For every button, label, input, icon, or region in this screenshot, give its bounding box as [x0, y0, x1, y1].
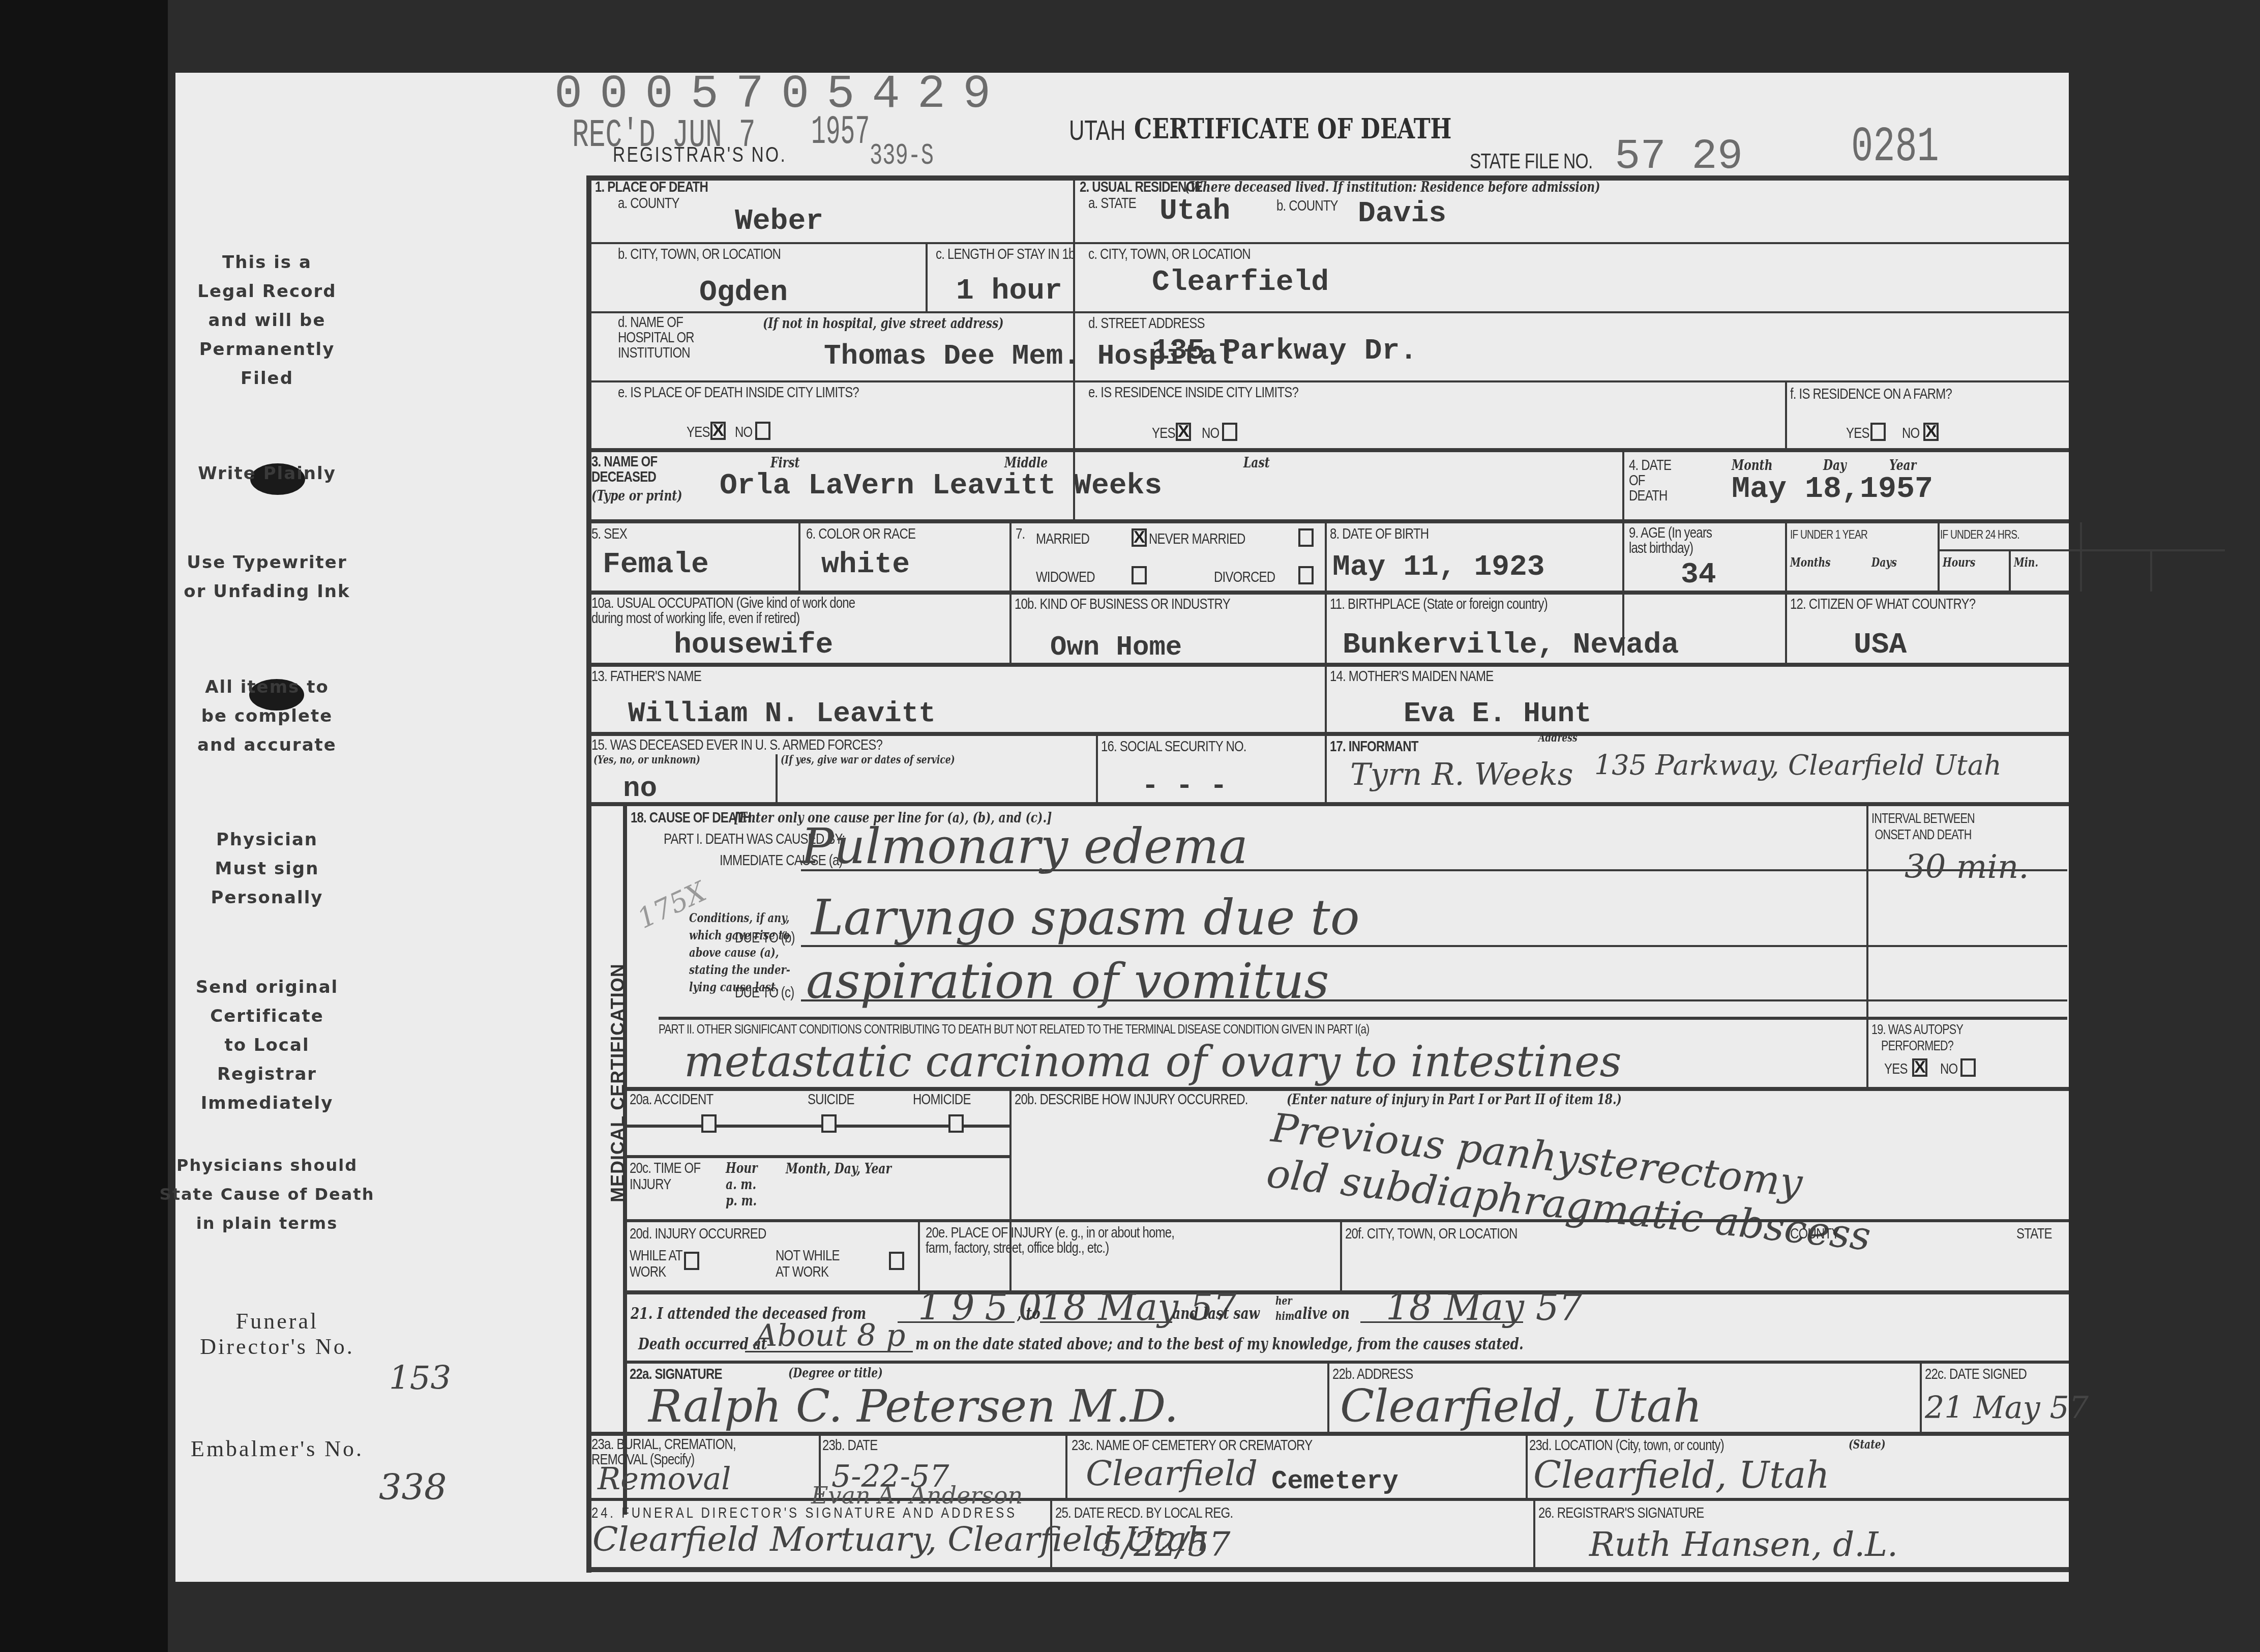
sex-value: Female — [603, 548, 709, 581]
row-line — [659, 1017, 2067, 1020]
never-married-checkbox[interactable] — [1298, 528, 1314, 547]
residence-section-label: 2. USUAL RESIDENCE — [1080, 179, 1202, 196]
divider — [1009, 1090, 1012, 1293]
cemetery-label: 23c. NAME OF CEMETERY OR CREMATORY — [1072, 1437, 1312, 1454]
divider — [1096, 735, 1098, 803]
armed-forces-label: 15. WAS DECEASED EVER IN U. S. ARMED FOR… — [591, 736, 882, 754]
row-line-thick — [591, 663, 2069, 667]
injury-city-label: 20f. CITY, TOWN, OR LOCATION — [1345, 1225, 1518, 1243]
name-hint: (Type or print) — [591, 487, 682, 504]
certificate-title: CERTIFICATE OF DEATH — [1134, 112, 1451, 145]
inside-limits-label: e. IS PLACE OF DEATH INSIDE CITY LIMITS? — [618, 384, 859, 401]
last-label: Last — [1243, 454, 1270, 471]
accident-checkbox[interactable] — [701, 1114, 717, 1133]
informant-address-value: 135 Parkway, Clearfield Utah — [1594, 749, 2002, 781]
state-file-value-a: 57 29 — [1615, 133, 1743, 181]
stay-value: 1 hour — [956, 275, 1062, 308]
month-label: Month — [1732, 457, 1773, 474]
yes-label: YES — [1846, 425, 1869, 442]
row-line-thick — [591, 802, 2069, 806]
funeral-directors-no-label: Funeral Director's No. — [193, 1309, 361, 1360]
birthplace-value: Bunkerville, Nevada — [1343, 629, 1679, 662]
certificate-page: 0005705429 REC'D JUN 7 1957 REGISTRAR'S … — [175, 73, 2069, 1582]
row-line — [627, 1219, 2069, 1222]
divider — [2080, 522, 2082, 592]
sidebar-note-legal: This is a Legal Record and will be Perma… — [160, 248, 374, 393]
divider-autopsy — [1866, 1019, 1868, 1089]
widowed-label: WIDOWED — [1036, 569, 1095, 586]
scan-background-left — [0, 0, 168, 1652]
row-line — [627, 1155, 1011, 1158]
autopsy-no-checkbox[interactable] — [1960, 1058, 1976, 1077]
describe-injury-label: 20b. DESCRIBE HOW INJURY OCCURRED. — [1015, 1091, 1248, 1108]
injury-state-label: STATE — [2016, 1225, 2052, 1243]
registrar-signature-label: 26. REGISTRAR'S SIGNATURE — [1538, 1504, 1704, 1522]
farm-yes-checkbox[interactable] — [1870, 423, 1886, 441]
yes-label: YES — [1152, 425, 1175, 442]
death-inside-limits-no-checkbox[interactable] — [755, 422, 770, 440]
occupation-label: 10a. USUAL OCCUPATION (Give kind of work… — [591, 596, 855, 626]
citizen-label: 12. CITIZEN OF WHAT COUNTRY? — [1790, 596, 1975, 613]
row-line-thick — [627, 1087, 2069, 1091]
conditions-hint: Conditions, if any, which gave rise to a… — [689, 909, 790, 996]
divider-1b-1c — [926, 242, 928, 311]
death-county-value: Weber — [735, 205, 823, 238]
death-inside-limits-yes-checkbox[interactable] — [710, 422, 726, 440]
funeral-director-signature: Evan A. Anderson — [811, 1482, 1023, 1509]
hospital-label: d. NAME OF HOSPITAL OR INSTITUTION — [618, 315, 694, 361]
residence-inside-limits-yes-checkbox[interactable] — [1176, 423, 1191, 441]
min-label: Min. — [2014, 555, 2038, 570]
race-label: 6. COLOR OR RACE — [806, 525, 915, 543]
her-him-label: her him — [1275, 1293, 1294, 1324]
marital-label: 7. — [1016, 525, 1025, 543]
year-label: Year — [1889, 457, 1916, 474]
yes-label: YES — [687, 424, 710, 441]
cemetery-typed-value: Cemetery — [1271, 1466, 1399, 1496]
armed-forces-value: no — [623, 772, 657, 805]
residence-inside-limits-label: e. IS RESIDENCE INSIDE CITY LIMITS? — [1088, 384, 1298, 401]
medical-certification-label: MEDICAL CERTIFICATION — [607, 1050, 629, 1202]
burial-location-value: Clearfield, Utah — [1533, 1454, 1830, 1496]
divider — [1065, 1435, 1067, 1501]
divider — [1009, 594, 1012, 665]
divider — [776, 754, 778, 803]
while-at-work-label: WHILE AT WORK — [630, 1248, 682, 1280]
alive-on-label: alive on — [1294, 1304, 1350, 1323]
to-label: , to — [1017, 1304, 1040, 1323]
informant-signature: Tyrn R. Weeks — [1350, 757, 1573, 792]
sidebar-note-plain-terms: Physicians should State Cause of Death i… — [153, 1151, 381, 1238]
state-file-label: STATE FILE NO. — [1470, 149, 1592, 173]
no-label: NO — [1902, 425, 1919, 442]
age-label: 9. AGE (In years last birthday) — [1629, 525, 1712, 556]
burial-state-label: (State) — [1849, 1437, 1886, 1452]
divider — [1526, 1435, 1528, 1501]
burial-location-label: 23d. LOCATION (City, town, or county) — [1529, 1437, 1724, 1454]
day-label: Day — [1823, 457, 1847, 474]
physician-signature: Ralph C. Petersen M.D. — [648, 1380, 1178, 1432]
residence-city-value: Clearfield — [1152, 266, 1329, 299]
mdy-label: Month, Day, Year — [786, 1160, 891, 1177]
hospital-hint: (If not in hospital, give street address… — [763, 315, 1004, 332]
mother-value: Eva E. Hunt — [1404, 697, 1592, 730]
date-of-death-label: 4. DATE OF DEATH — [1629, 458, 1671, 504]
sidebar-note-physician-sign: Physician Must sign Personally — [160, 825, 374, 912]
first-label: First — [770, 454, 800, 471]
divider-interval — [1866, 805, 1868, 1019]
received-year: 1957 — [811, 109, 870, 156]
injury-occurred-label: 20d. INJURY OCCURRED — [630, 1225, 766, 1243]
no-label: NO — [1202, 425, 1219, 442]
divider — [1325, 522, 1327, 665]
divider — [1325, 666, 1327, 802]
degree-label: (Degree or title) — [788, 1366, 883, 1381]
death-at-suffix: m on the date stated above; and to the b… — [915, 1334, 1524, 1353]
industry-label: 10b. KIND OF BUSINESS OR INDUSTRY — [1015, 596, 1230, 613]
father-value: William N. Leavitt — [628, 697, 936, 730]
divider — [1533, 1500, 1535, 1568]
occupation-value: housewife — [674, 629, 833, 662]
death-occurred-at-value: About 8 p — [755, 1318, 905, 1353]
time-of-injury-label: 20c. TIME OF INJURY — [630, 1160, 700, 1193]
due-b-value: Laryngo spasm due to — [811, 889, 1359, 946]
divorced-label: DIVORCED — [1214, 569, 1275, 586]
no-label: NO — [735, 424, 752, 441]
stay-label: c. LENGTH OF STAY IN 1b — [936, 246, 1075, 263]
registrars-no-value: 339-S — [870, 139, 934, 173]
divider — [1785, 522, 1787, 665]
street-label: d. STREET ADDRESS — [1088, 315, 1205, 332]
age-value: 34 — [1681, 558, 1716, 592]
due-c-label: DUE TO (c) — [735, 984, 794, 1001]
row-line-thick — [591, 448, 2069, 452]
divider-2e-2f — [1785, 380, 1787, 450]
immediate-cause-value: Pulmonary edema — [801, 818, 1248, 875]
date-received-label: 25. DATE RECD. BY LOCAL REG. — [1055, 1504, 1233, 1522]
divider — [918, 1221, 920, 1292]
armed-forces-hint-b: (If yes, give war or dates of service) — [781, 753, 955, 766]
middle-label: Middle — [1004, 454, 1048, 471]
part2-value: metastatic carcinoma of ovary to intesti… — [684, 1037, 1622, 1086]
not-while-at-work-label: NOT WHILE AT WORK — [776, 1248, 840, 1280]
industry-value: Own Home — [1050, 632, 1182, 663]
divider — [1009, 522, 1012, 592]
residence-county-label: b. COUNTY — [1276, 197, 1338, 215]
sidebar-note-typewriter: Use Typewriter or Unfading Ink — [160, 548, 374, 606]
suicide-label: SUICIDE — [808, 1091, 854, 1108]
divider — [2009, 551, 2011, 592]
suicide-checkbox[interactable] — [821, 1114, 837, 1133]
injury-county-label: COUNTY — [1790, 1225, 1839, 1243]
citizen-value: USA — [1854, 629, 1907, 662]
divider — [798, 522, 800, 592]
informant-label: 17. INFORMANT — [1330, 738, 1418, 755]
accident-label: 20a. ACCIDENT — [630, 1091, 713, 1108]
no-label: NO — [1940, 1060, 1957, 1078]
race-value: white — [821, 548, 910, 581]
residence-state-label: a. STATE — [1088, 195, 1136, 212]
deceased-name-value: Orla LaVern Leavitt Weeks — [720, 469, 1162, 503]
farm-no-checkbox[interactable] — [1923, 423, 1939, 441]
armed-forces-hint-a: (Yes, no, or unknown) — [593, 753, 700, 766]
months-label: Months — [1790, 555, 1831, 570]
row-line — [591, 380, 2069, 382]
divider — [1920, 1363, 1922, 1434]
county-label: a. COUNTY — [618, 195, 679, 212]
ssn-label: 16. SOCIAL SECURITY NO. — [1101, 738, 1246, 755]
sidebar-note-complete: All items to be complete and accurate — [160, 673, 374, 760]
homicide-label: HOMICIDE — [913, 1091, 971, 1108]
form-bottom-border — [586, 1567, 2069, 1572]
name-label: 3. NAME OF DECEASED — [591, 454, 657, 485]
yes-label: YES — [1884, 1060, 1908, 1078]
residence-city-label: c. CITY, TOWN, OR LOCATION — [1088, 246, 1251, 263]
row-line-thick — [591, 591, 2069, 595]
place-of-death-section-label: 1. PLACE OF DEATH — [595, 179, 708, 196]
embalmers-no-value: 338 — [379, 1466, 447, 1508]
mother-label: 14. MOTHER'S MAIDEN NAME — [1330, 668, 1493, 685]
cause-section-label: 18. CAUSE OF DEATH — [631, 809, 751, 827]
row-line-thick — [591, 732, 2069, 736]
place-of-injury-label: 20e. PLACE OF INJURY (e. g., in or about… — [926, 1225, 1174, 1256]
state-file-value-b: 0281 — [1851, 120, 1939, 175]
residence-inside-limits-no-checkbox[interactable] — [1222, 423, 1237, 441]
form-left-border — [586, 176, 591, 1573]
registrars-no-label: REGISTRAR'S NO. — [613, 142, 787, 167]
due-b-label: DUE TO (b) — [735, 929, 795, 947]
divider-3-4 — [1622, 452, 1624, 656]
embalmers-no-label: Embalmer's No. — [191, 1436, 364, 1462]
dob-label: 8. DATE OF BIRTH — [1330, 525, 1429, 543]
residence-state-value: Utah — [1159, 195, 1230, 228]
divider — [1938, 522, 1940, 592]
certifier-address-value: Clearfield, Utah — [1340, 1380, 1702, 1432]
days-label: Days — [1871, 555, 1897, 570]
autopsy-yes-checkbox[interactable] — [1912, 1058, 1927, 1077]
married-checkbox[interactable] — [1132, 528, 1147, 547]
sidebar-note-write-plainly: Write Plainly — [160, 459, 374, 488]
describe-injury-hint: (Enter nature of injury in Part I or Par… — [1287, 1091, 1622, 1108]
not-while-at-work-checkbox[interactable] — [889, 1252, 904, 1270]
street-value: 135 Parkway Dr. — [1152, 335, 1417, 368]
homicide-checkbox[interactable] — [948, 1114, 964, 1133]
sex-label: 5. SEX — [591, 525, 627, 543]
interval-label: INTERVAL BETWEEN ONSET AND DEATH — [1871, 810, 1975, 843]
divorced-checkbox[interactable] — [1298, 566, 1314, 584]
last-saw-label: and last saw — [1172, 1304, 1260, 1323]
city-label: b. CITY, TOWN, OR LOCATION — [618, 246, 781, 263]
married-label: MARRIED — [1036, 530, 1089, 548]
interval-value: 30 min. — [1905, 848, 2029, 886]
title-state: UTAH — [1069, 113, 1125, 146]
divider — [2150, 551, 2152, 592]
divider — [1327, 1363, 1329, 1434]
autopsy-label: 19. WAS AUTOPSY PERFORMED? — [1871, 1021, 1963, 1054]
disposition-method-value: Removal — [598, 1461, 731, 1497]
row-line — [591, 242, 2069, 244]
due-c-value: aspiration of vomitus — [806, 953, 1329, 1010]
residence-hint: (Where deceased lived. If institution: R… — [1185, 179, 1600, 195]
disposition-date-label: 23b. DATE — [822, 1437, 877, 1454]
widowed-checkbox[interactable] — [1132, 566, 1147, 584]
residence-county-value: Davis — [1358, 197, 1446, 230]
alive-on-value: 18 May 57 — [1386, 1286, 1582, 1329]
row-line-thick — [591, 1432, 2069, 1436]
row-line-thick — [627, 1290, 2069, 1294]
divider — [1340, 1221, 1342, 1292]
under-24h-label: IF UNDER 24 HRS. — [1940, 528, 2019, 542]
hours-label: Hours — [1943, 555, 1975, 570]
dob-value: May 11, 1923 — [1332, 551, 1545, 584]
date-of-death-value: May 18,1957 — [1732, 472, 1933, 507]
sidebar-note-send-original: Send original Certificate to Local Regis… — [160, 973, 374, 1118]
informant-address-label: Address — [1538, 731, 1578, 745]
date-signed-label: 22c. DATE SIGNED — [1925, 1366, 2027, 1383]
row-line-thick — [591, 519, 2069, 523]
row-line — [1938, 549, 2225, 551]
ssn-value: - - - — [1142, 770, 1227, 802]
registrar-signature-value: Ruth Hansen, d.L. — [1589, 1525, 1898, 1564]
never-married-label: NEVER MARRIED — [1149, 530, 1245, 548]
father-label: 13. FATHER'S NAME — [591, 668, 701, 685]
farm-label: f. IS RESIDENCE ON A FARM? — [1790, 386, 1952, 403]
funeral-directors-no-value: 153 — [389, 1360, 451, 1397]
while-at-work-checkbox[interactable] — [684, 1252, 699, 1270]
date-signed-value: 21 May 57 — [1925, 1390, 2089, 1426]
row-line — [591, 311, 2069, 313]
death-city-value: Ogden — [699, 276, 788, 309]
row-line — [627, 1361, 2069, 1364]
part2-label: PART II. OTHER SIGNIFICANT CONDITIONS CO… — [659, 1021, 1369, 1037]
cemetery-hand-value: Clearfield — [1086, 1454, 1258, 1494]
birthplace-label: 11. BIRTHPLACE (State or foreign country… — [1330, 596, 1548, 613]
hour-label: Hour a. m. p. m. — [726, 1160, 758, 1209]
under-1yr-label: IF UNDER 1 YEAR — [1790, 528, 1867, 542]
date-received-value: 5/22/57 — [1101, 1525, 1230, 1564]
